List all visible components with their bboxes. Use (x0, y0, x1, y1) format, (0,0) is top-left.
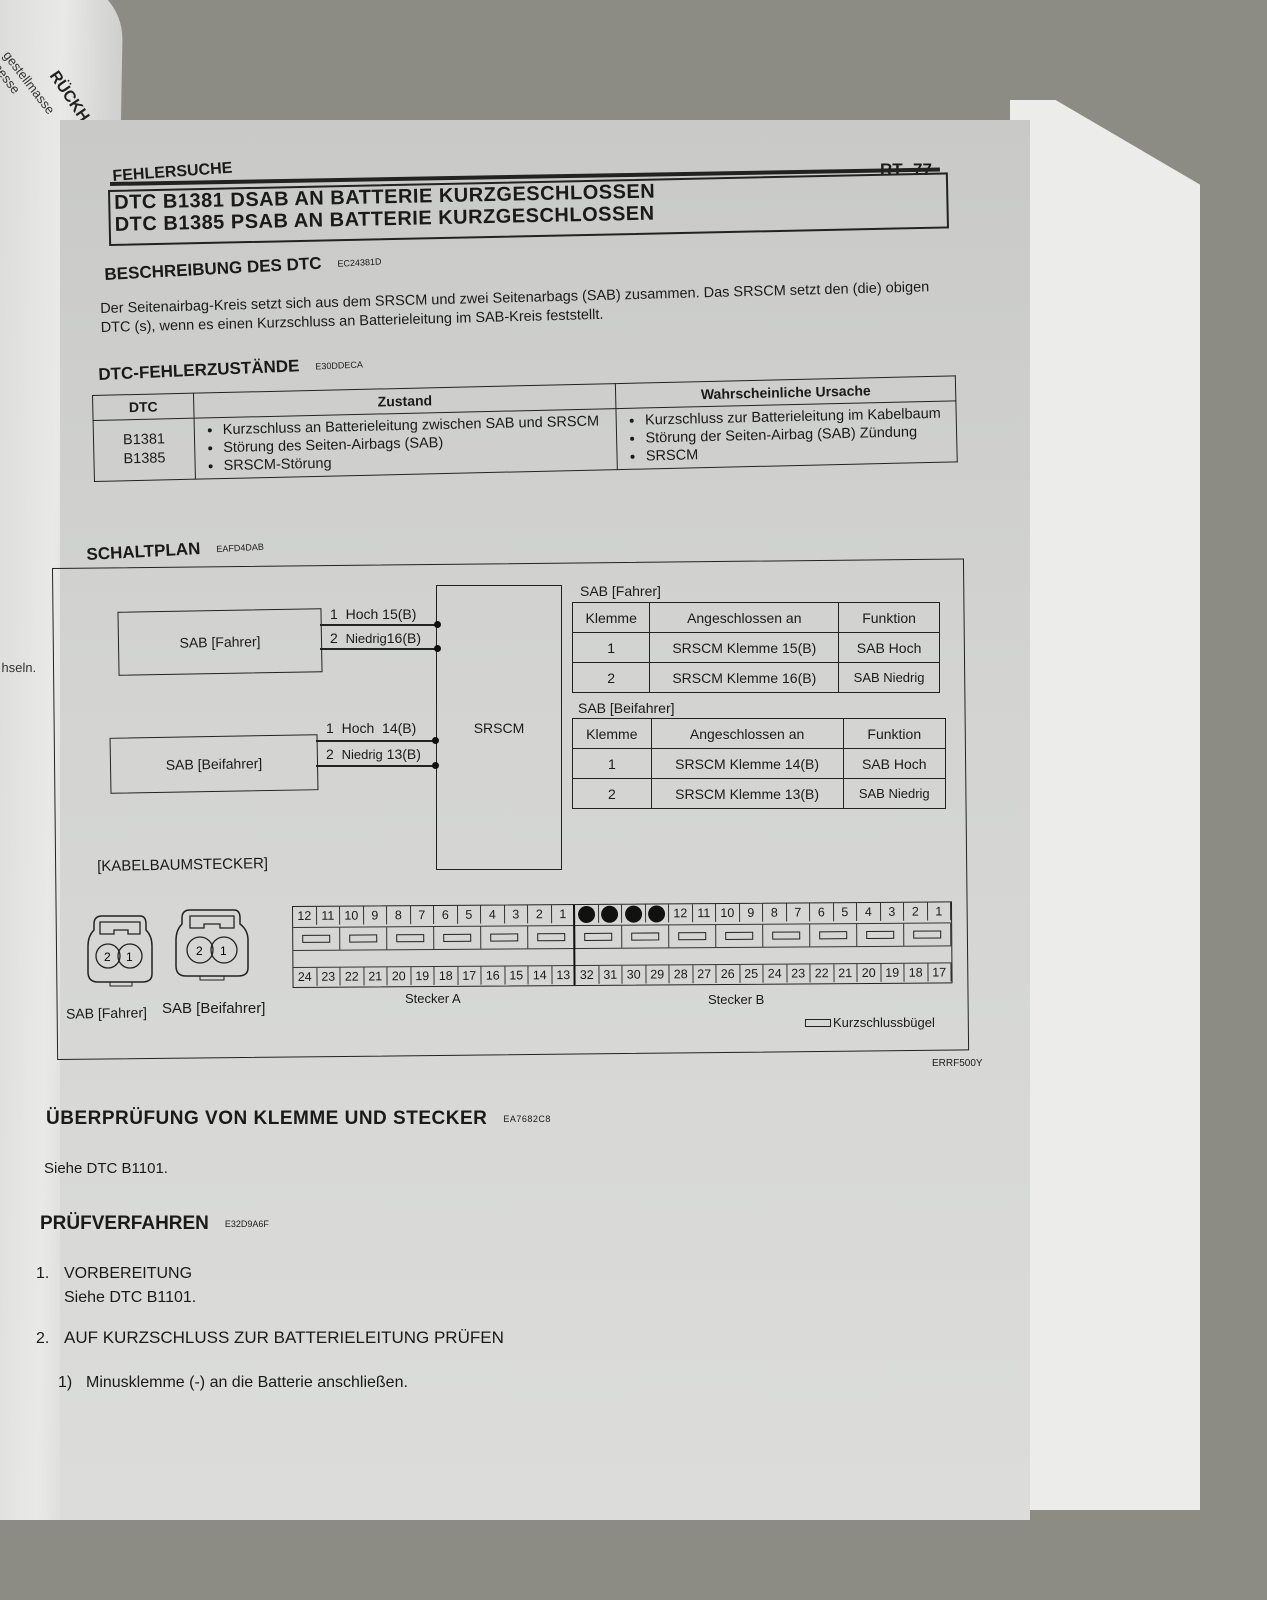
sab-passenger-box: SAB [Beifahrer] (110, 734, 319, 794)
conditions-table: DTC Zustand Wahrscheinliche Ursache B138… (92, 375, 958, 482)
description-code: EC24381D (337, 256, 381, 268)
pin-number: 3 (505, 905, 529, 923)
ursache-cell: Kurzschluss zur Batterieleitung im Kabel… (616, 401, 957, 470)
table-row: 2SRSCM Klemme 13(B)SAB Niedrig (573, 779, 946, 809)
svg-text:2: 2 (104, 950, 111, 964)
schaltplan-heading-text: SCHALTPLAN (86, 539, 201, 564)
dtc-codes: B1381 B1385 (93, 418, 195, 481)
description-heading: BESCHREIBUNG DES DTCEC24381D (104, 250, 382, 284)
pin-number: 28 (669, 965, 693, 983)
step-2: 2.AUF KURZSCHLUSS ZUR BATTERIELEITUNG PR… (36, 1326, 504, 1351)
conditions-heading-text: DTC-FEHLERZUSTÄNDE (98, 356, 300, 384)
pin-number: 24 (293, 968, 317, 986)
pin-number: 6 (434, 906, 458, 924)
wire-label-driver-low: 2 Niedrig16(B) (330, 630, 421, 646)
description-heading-text: BESCHREIBUNG DES DTC (104, 254, 322, 284)
terminal-table-title: SAB [Beifahrer] (578, 700, 675, 716)
wire-passenger-low (316, 765, 436, 767)
legend-text: Kurzschlussbügel (833, 1015, 935, 1030)
pin-number: 2 (528, 905, 552, 923)
wire-passenger-high (316, 740, 436, 742)
schaltplan-code: EAFD4DAB (216, 541, 264, 553)
pin-number: 21 (834, 964, 858, 982)
pin-number: 10 (340, 907, 364, 925)
pin-number: 29 (646, 965, 670, 983)
shorting-bar-icon (293, 928, 340, 950)
dtc-code: B1385 (100, 449, 188, 470)
shorting-bar-icon (622, 925, 669, 947)
table-row: 2SRSCM Klemme 16(B)SAB Niedrig (573, 663, 940, 693)
shorting-bar-icon (904, 923, 951, 945)
junction-dot (432, 762, 439, 769)
shorting-bar-icon (805, 1019, 831, 1027)
pin-number: 8 (387, 906, 411, 924)
pin-number: 22 (810, 964, 834, 982)
bottom-pin-row: 2423222120191817161514133231302928272625… (293, 962, 951, 986)
pin-number: 1 (552, 905, 576, 923)
procedure-code: E32D9A6F (225, 1219, 269, 1229)
pin-number: 7 (411, 906, 435, 924)
wire-driver-high (320, 624, 438, 626)
col-angeschlossen: Angeschlossen an (650, 603, 839, 633)
pin-number: 16 (481, 967, 505, 985)
pin-number: 12 (669, 904, 693, 922)
zustand-cell: Kurzschluss an Batterieleitung zwischen … (194, 409, 618, 480)
pin-number: 26 (716, 965, 740, 983)
sab-driver-connector-label: SAB [Fahrer] (66, 1004, 147, 1021)
wire-label-driver-high: 1 Hoch 15(B) (330, 606, 416, 622)
srscm-box: SRSCM (436, 585, 562, 870)
procedure-heading-text: PRÜFVERFAHREN (40, 1213, 209, 1234)
step-1: 1.VORBEREITUNG (36, 1262, 504, 1286)
shorting-bar-icon (340, 927, 387, 949)
pin-number: 18 (904, 964, 928, 982)
sab-driver-connector-icon: 2 1 (84, 912, 156, 990)
shorting-bar-icon (528, 926, 575, 948)
step-1-detail: Siehe DTC B1101. (36, 1286, 504, 1310)
shorting-bar-icon (575, 926, 622, 948)
shorting-bar-icon (434, 927, 481, 949)
junction-dot (434, 645, 441, 652)
junction-dot (434, 621, 441, 628)
blocked-pin-icon (645, 904, 669, 922)
inspection-heading-text: ÜBERPRÜFUNG VON KLEMME UND STECKER (46, 1108, 487, 1129)
terminal-table-title: SAB [Fahrer] (580, 583, 661, 599)
figure-code: ERRF500Y (932, 1058, 983, 1069)
pin-number: 7 (786, 903, 810, 921)
pin-number: 2 (904, 903, 928, 921)
blocked-pin-icon (598, 905, 622, 923)
terminal-table-driver: Klemme Angeschlossen an Funktion 1SRSCM … (572, 602, 940, 693)
conditions-code: E30DDECA (315, 359, 363, 371)
pin-number: 15 (505, 966, 529, 984)
col-funktion: Funktion (839, 603, 940, 633)
shorting-bar-row (293, 922, 951, 951)
pin-number: 14 (528, 966, 552, 984)
pin-number: 9 (364, 906, 388, 924)
pin-number: 25 (740, 965, 764, 983)
pin-number: 8 (763, 904, 787, 922)
shorting-bar-icon (763, 924, 810, 946)
pin-number: 10 (716, 904, 740, 922)
pin-number: 3 (880, 903, 904, 921)
pin-number: 5 (458, 906, 482, 924)
srscm-label: SRSCM (474, 720, 525, 736)
blocked-pin-icon (622, 905, 646, 923)
pin-number: 1 (927, 902, 951, 920)
pin-number: 12 (293, 907, 317, 925)
pin-number: 21 (364, 967, 388, 985)
conditions-heading: DTC-FEHLERZUSTÄNDEE30DDECA (98, 353, 363, 385)
sab-passenger-connector-icon: 2 1 (172, 906, 252, 984)
shorting-bar-icon (810, 924, 857, 946)
sab-passenger-label: SAB [Beifahrer] (166, 755, 263, 773)
procedure-heading: PRÜFVERFAHRENE32D9A6F (40, 1213, 269, 1235)
pin-number: 5 (833, 903, 857, 921)
pin-number: 30 (622, 966, 646, 984)
inspection-heading: ÜBERPRÜFUNG VON KLEMME UND STECKEREA7682… (46, 1108, 551, 1130)
shorting-bar-icon (387, 927, 434, 949)
procedure-steps: 1.VORBEREITUNG Siehe DTC B1101. 2.AUF KU… (36, 1262, 504, 1395)
shorting-bar-icon (716, 925, 763, 947)
col-angeschlossen: Angeschlossen an (651, 719, 843, 749)
pin-number: 31 (599, 966, 623, 984)
col-klemme: Klemme (573, 603, 650, 633)
pin-number: 17 (928, 963, 952, 981)
wire-label-passenger-low: 2 Niedrig 13(B) (326, 746, 421, 762)
wire-label-passenger-high: 1 Hoch 14(B) (326, 720, 416, 736)
col-funktion: Funktion (843, 719, 945, 749)
pin-number: 11 (317, 907, 341, 925)
pin-number: 18 (434, 967, 458, 985)
inspection-code: EA7682C8 (503, 1114, 551, 1124)
pin-number: 11 (692, 904, 716, 922)
blocked-pin-icon (575, 905, 599, 923)
pin-number: 20 (857, 964, 881, 982)
pin-number: 23 (317, 968, 341, 986)
description-text: Der Seitenairbag-Kreis setzt sich aus de… (100, 277, 961, 337)
pin-number: 22 (340, 967, 364, 985)
legend: Kurzschlussbügel (805, 1015, 935, 1030)
pin-number: 17 (458, 967, 482, 985)
dtc-code: B1381 (100, 430, 188, 451)
svg-text:1: 1 (220, 944, 227, 958)
shorting-bar-icon (857, 924, 904, 946)
table-row: 1SRSCM Klemme 14(B)SAB Hoch (573, 749, 946, 779)
pin-number: 23 (787, 964, 811, 982)
stecker-a-label: Stecker A (405, 991, 461, 1006)
wire-driver-low (320, 648, 438, 650)
step-2-sub: 1)Minusklemme (-) an die Batterie anschl… (36, 1371, 504, 1395)
pin-number: 4 (857, 903, 881, 921)
top-pin-row: 121110987654321121110987654321 (293, 902, 951, 925)
svg-text:2: 2 (196, 944, 203, 958)
sab-passenger-connector-label: SAB [Beifahrer] (162, 1000, 265, 1017)
table-row: 1SRSCM Klemme 15(B)SAB Hoch (573, 633, 940, 663)
harness-heading: [KABELBAUMSTECKER] (97, 855, 268, 875)
sab-driver-label: SAB [Fahrer] (179, 633, 260, 650)
inspection-text: Siehe DTC B1101. (44, 1160, 168, 1177)
svg-text:1: 1 (126, 950, 133, 964)
pin-number: 27 (693, 965, 717, 983)
col-dtc: DTC (93, 393, 195, 420)
pin-number: 32 (575, 966, 599, 984)
shorting-bar-icon (481, 926, 528, 948)
pin-number: 4 (481, 906, 505, 924)
col-klemme: Klemme (573, 719, 652, 749)
pin-number: 19 (881, 964, 905, 982)
junction-dot (432, 737, 439, 744)
sab-driver-box: SAB [Fahrer] (117, 608, 322, 676)
stecker-b-label: Stecker B (708, 992, 764, 1007)
pin-number: 24 (763, 965, 787, 983)
shorting-bar-icon (669, 925, 716, 947)
pin-number: 9 (739, 904, 763, 922)
pin-number: 13 (552, 966, 576, 984)
pin-number: 6 (810, 903, 834, 921)
pin-number: 19 (411, 967, 435, 985)
terminal-table-passenger: Klemme Angeschlossen an Funktion 1SRSCM … (572, 718, 946, 809)
schaltplan-heading: SCHALTPLANEAFD4DAB (86, 536, 264, 565)
pin-number: 20 (387, 967, 411, 985)
srscm-connectors: 121110987654321121110987654321 242322212… (292, 901, 953, 988)
